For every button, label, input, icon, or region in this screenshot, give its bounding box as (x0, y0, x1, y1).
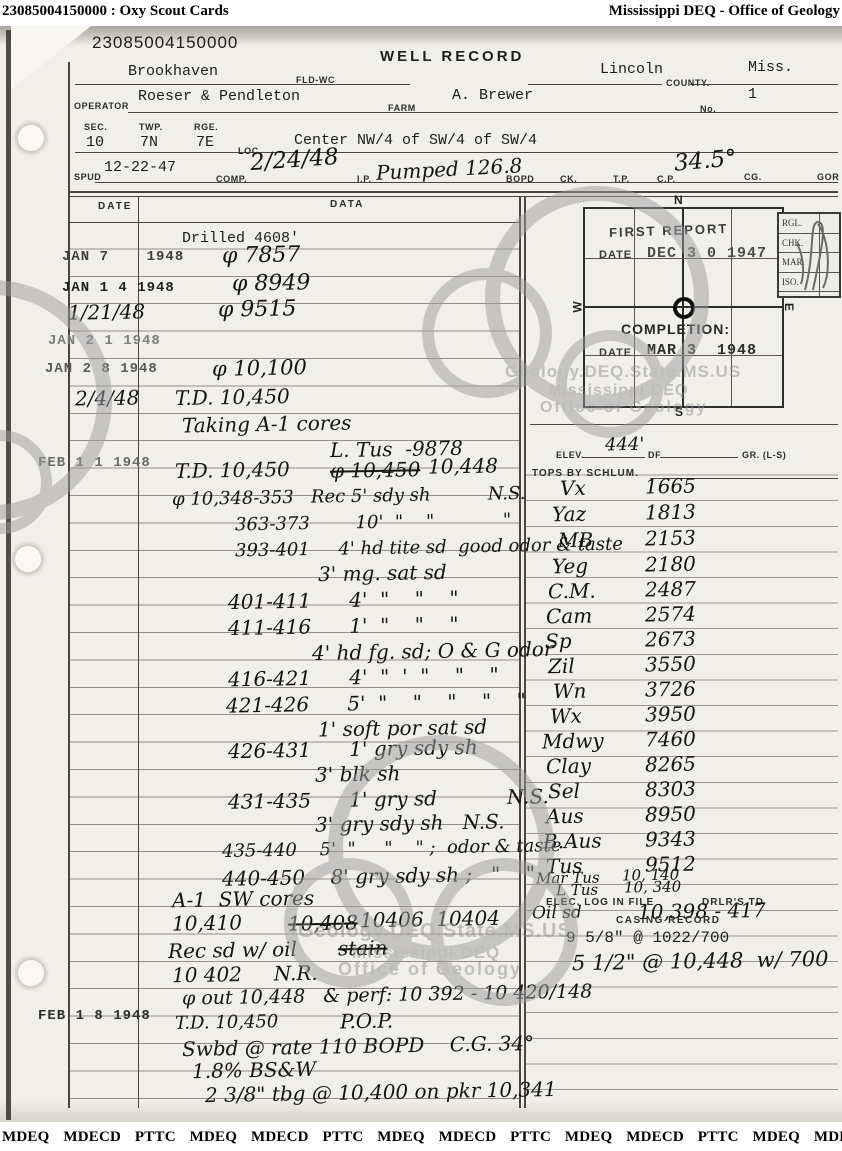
top-depth: 9343 (645, 827, 696, 852)
top-name: C.M. (548, 579, 596, 604)
api-number: 23085004150000 (92, 33, 238, 53)
stamp-date: JAN 7 1948 (62, 249, 184, 265)
print-header-right: Mississippi DEQ - Office of Geology (609, 3, 840, 20)
comp-label: COMP. (216, 174, 247, 184)
log-entry: P.O.P. (340, 1009, 394, 1034)
farm-value: A. Brewer (452, 87, 533, 104)
top-depth: 2574 (645, 602, 696, 627)
top-name: Cam (546, 604, 593, 629)
double-rule-bottom (68, 196, 838, 197)
hole-punch-middle (13, 544, 43, 574)
log-entry: 3' blk sh (315, 761, 401, 786)
log-entry: 10,410 (172, 910, 242, 935)
field-label: FLD-WC (296, 75, 335, 85)
top-depth: 3950 (645, 702, 696, 727)
well-location-circle (673, 297, 695, 319)
log-entry: φ 7857 (222, 242, 301, 268)
tp-label: T.P. (613, 174, 630, 184)
log-entry: Taking A-1 cores (182, 411, 352, 438)
top-name: Yaz (552, 502, 587, 527)
log-entry: 401-411 4' " " " (228, 586, 459, 614)
top-depth: 8950 (645, 802, 696, 827)
review-initials-box: RGL. CHK. MAR. ISO. (777, 212, 841, 298)
twp-value: 7N (140, 134, 158, 151)
first-report-stamp: FIRST REPORT (609, 221, 729, 240)
sec-value: 10 (86, 134, 104, 151)
top-depth: 8265 (645, 752, 696, 777)
operator-label: OPERATOR (74, 101, 129, 111)
hole-punch-top (16, 123, 46, 153)
log-entry: 411-416 1' " " " (228, 612, 459, 640)
stamp-date: FEB 1 1 1948 (38, 455, 151, 471)
log-entry: 426-431 1' gry sdy sh (228, 735, 478, 763)
state-underline (690, 84, 838, 85)
log-entry: T.D. 10,450 (175, 384, 290, 410)
top-name: Mdwy (542, 728, 604, 753)
ck-label: CK. (560, 174, 577, 184)
completion-date-label: DATE (599, 347, 632, 359)
top-depth: 8303 (645, 777, 696, 802)
first-report-date-stamp: DEC 3 0 1947 (647, 245, 767, 262)
handwritten-date: 2/4/48 (75, 385, 140, 410)
log-entry: 3' mg. sat sd (318, 560, 447, 586)
cp-label: C.P. (657, 174, 676, 184)
cg-label: CG. (744, 172, 762, 182)
completion-stamp: COMPLETION: (621, 321, 730, 337)
top-name: MB (558, 528, 594, 553)
log-entry: 416-421 4' " ' " " " (228, 663, 499, 692)
top-name: Vx (560, 476, 586, 500)
top-name: Sel (548, 779, 580, 804)
elev-value: 444' (605, 434, 645, 456)
right-column-top-rule (530, 424, 838, 425)
df-label: DF (648, 450, 661, 460)
log-entry: T.D. 10,450 (175, 1011, 279, 1034)
hole-punch-bottom (16, 958, 46, 988)
county-label: COUNTY. (666, 78, 710, 88)
oil-sand-note: Oil sd (532, 903, 582, 924)
scan-left-edge (6, 30, 11, 1120)
county-underline (528, 84, 662, 85)
scanned-well-record-page: 23085004150000 : Oxy Scout Cards Mississ… (0, 0, 842, 1151)
operator-underline (128, 112, 838, 113)
top-depth: 2673 (645, 627, 696, 652)
top-name: Zil (548, 654, 575, 678)
date-column-header: DATE (98, 201, 132, 212)
top-name: Yeg (552, 554, 589, 579)
stamp-date: JAN 2 8 1948 (45, 361, 158, 377)
log-entry: 10,448 (428, 453, 498, 478)
top-depth: 2180 (645, 552, 696, 577)
top-depth: 3726 (645, 677, 696, 702)
top-depth: 2153 (645, 526, 696, 551)
spud-label: SPUD (74, 172, 101, 182)
well-no-value: 1 (748, 86, 757, 103)
top-name: Sp (545, 629, 572, 653)
top-name: Wn (553, 679, 587, 704)
rge-value: 7E (196, 134, 214, 151)
log-entry: 10406 10404 (360, 906, 500, 932)
compass-e-label: E (782, 303, 796, 311)
top-depth: 3550 (645, 652, 696, 677)
print-footer-bar: MDEQ MDECD PTTC MDEQ MDECD PTTC MDEQ MDE… (0, 1122, 842, 1151)
top-name: B.Aus (543, 828, 602, 853)
log-entry-struck: φ 10,450 (330, 457, 421, 483)
page-title: WELL RECORD (380, 48, 524, 65)
location-plat-box: FIRST REPORT DATE DEC 3 0 1947 COMPLETIO… (583, 207, 784, 408)
spud-value: 12-22-47 (104, 159, 176, 176)
log-entry: 1.8% BS&W (192, 1057, 316, 1083)
log-entry: 10 402 N.R. (172, 961, 318, 988)
twp-label: TWP. (139, 122, 163, 132)
spud-underline (95, 182, 838, 183)
log-entry: φ 8949 (232, 270, 311, 296)
handwritten-date: 1/21/48 (68, 299, 146, 324)
print-header-left: 23085004150000 : Oxy Scout Cards (2, 3, 229, 20)
top-name: Clay (546, 754, 591, 779)
log-entry-struck: stain (338, 936, 388, 961)
top-depth: 2487 (645, 577, 696, 602)
print-header-bar: 23085004150000 : Oxy Scout Cards Mississ… (0, 0, 842, 26)
casing-row-1: 9 5/8" @ 1022/700 (566, 929, 729, 947)
compass-n-label: N (674, 193, 683, 207)
top-name: Wx (550, 704, 582, 729)
ip-label: I.P. (357, 174, 372, 184)
stamp-date: FEB 1 8 1948 (38, 1008, 151, 1024)
reviewer-initials-squiggle (785, 214, 837, 296)
log-entry: A-1 SW cores (172, 886, 315, 912)
bopd-label: BOPD (506, 174, 534, 184)
casing-row-2: 5 1/2" @ 10,448 w/ 700 (572, 947, 829, 975)
farm-label: FARM (388, 103, 416, 113)
stamp-date: JAN 2 1 1948 (48, 333, 161, 349)
gr-label: GR. (L-S) (742, 450, 786, 460)
top-name: Aus (546, 804, 584, 829)
print-footer-text: MDEQ MDECD PTTC MDEQ MDECD PTTC MDEQ MDE… (2, 1129, 842, 1146)
log-entry-struck: 10,408 (288, 910, 358, 935)
rge-label: RGE. (194, 122, 218, 132)
top-depth: 1665 (645, 474, 696, 499)
log-entry: 4' hd fg. sd; O & G odor (312, 637, 554, 665)
cp-value: 34.5° (673, 145, 738, 176)
log-entry: 3' gry sdy sh N.S. (315, 809, 505, 836)
first-report-date-label: DATE (599, 249, 632, 261)
casing-record-header: CASING RECORD (616, 915, 721, 926)
county-value: Lincoln (600, 61, 663, 78)
field-underline (75, 84, 410, 85)
elev-label: ELEV. (556, 450, 584, 460)
log-entry: φ 9515 (218, 296, 297, 322)
top-depth: 1813 (645, 500, 696, 525)
data-column-header: DATA (330, 199, 364, 210)
well-no-label: No. (700, 104, 716, 114)
top-depth: 7460 (645, 727, 696, 752)
field-name-value: Brookhaven (128, 63, 218, 80)
log-entry: T.D. 10,450 (175, 457, 290, 483)
log-entry: Rec sd w/ oil (168, 937, 304, 963)
state-value: Miss. (748, 59, 793, 76)
log-entry: φ 10,100 (212, 355, 307, 381)
top-depth: 10, 340 (624, 878, 682, 897)
double-rule-top (68, 191, 838, 193)
stamp-date: JAN 1 4 1948 (62, 280, 175, 296)
sec-label: SEC. (84, 122, 107, 132)
completion-date-stamp: MAR 3 1948 (647, 342, 757, 359)
gor-label: GOR (817, 172, 839, 182)
operator-value: Roeser & Pendleton (138, 88, 300, 105)
